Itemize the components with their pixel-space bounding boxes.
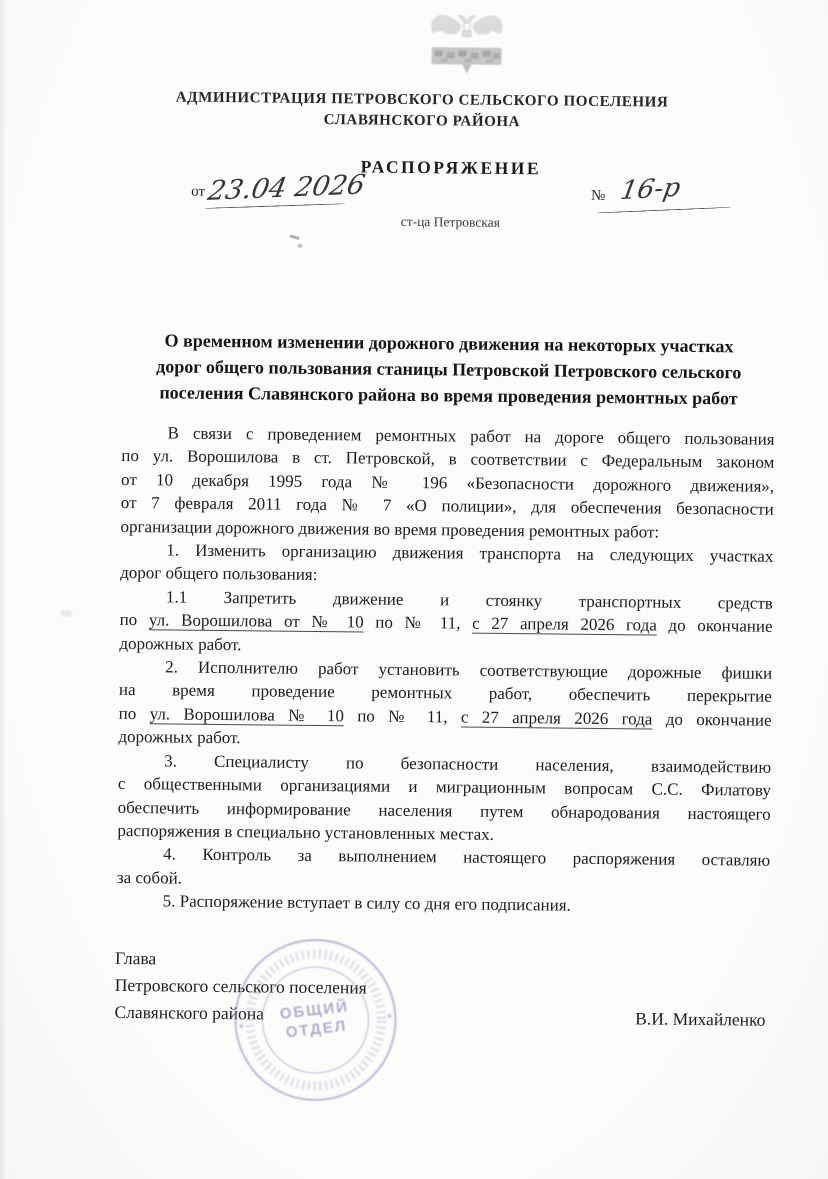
signature-block: Глава Петровского сельского поселения Сл… [114,945,768,1033]
document-body: В связи с проведением ремонтных работ на… [117,421,775,919]
handwritten-number: 16-р [618,173,682,206]
date-label: от [191,184,205,201]
body-paragraph: 4. Контроль за выполнением настоящего ра… [117,842,770,896]
document-content: АДМИНИСТРАЦИЯ ПЕТРОВСКОГО СЕЛЬСКОГО ПОСЕ… [0,0,828,1179]
date-field: от 23.04 2026 [191,162,351,208]
coat-of-arms-icon [420,9,513,80]
body-paragraph: 1.1 Запретить движение и стоянку транспо… [119,585,773,662]
signer-name: В.И. Михайленко [635,1008,765,1030]
org-name: АДМИНИСТРАЦИЯ ПЕТРОВСКОГО СЕЛЬСКОГО ПОСЕ… [92,87,752,136]
number-field: № 16-р [591,166,736,212]
number-underline [597,207,731,214]
underlined-text: ул. Ворошилова от № 10 [149,610,364,631]
coat-of-arms-emblem [420,9,513,80]
scanned-document-page: АДМИНИСТРАЦИЯ ПЕТРОВСКОГО СЕЛЬСКОГО ПОСЕ… [0,0,828,1179]
stamp-center-text: ОБЩИЙ ОТДЕЛ [222,926,410,1114]
place-line: ст-ца Петровская [125,211,776,234]
underlined-text: с 27 апреля 2026 года [461,707,653,728]
body-paragraph: 1. Изменить организацию движения транспо… [120,538,773,592]
handwritten-date: 23.04 2026 [205,169,367,206]
underlined-text: с 27 апреля 2026 года [472,614,657,635]
body-paragraph: 3. Специалисту по безопасности населения… [117,749,771,849]
document-title: О временном изменении дорожного движения… [73,326,825,412]
scan-artifact [298,244,303,248]
body-paragraph: 2. Исполнителю работ установить соответс… [118,655,772,755]
body-paragraph: В связи с проведением ремонтных работ на… [120,421,774,545]
scan-artifact [61,610,72,616]
official-stamp: ОБЩИЙ ОТДЕЛ [230,934,402,1106]
underlined-text: ул. Ворошилова № 10 [150,704,344,725]
number-label: № [591,188,605,205]
scan-artifact [289,235,299,240]
